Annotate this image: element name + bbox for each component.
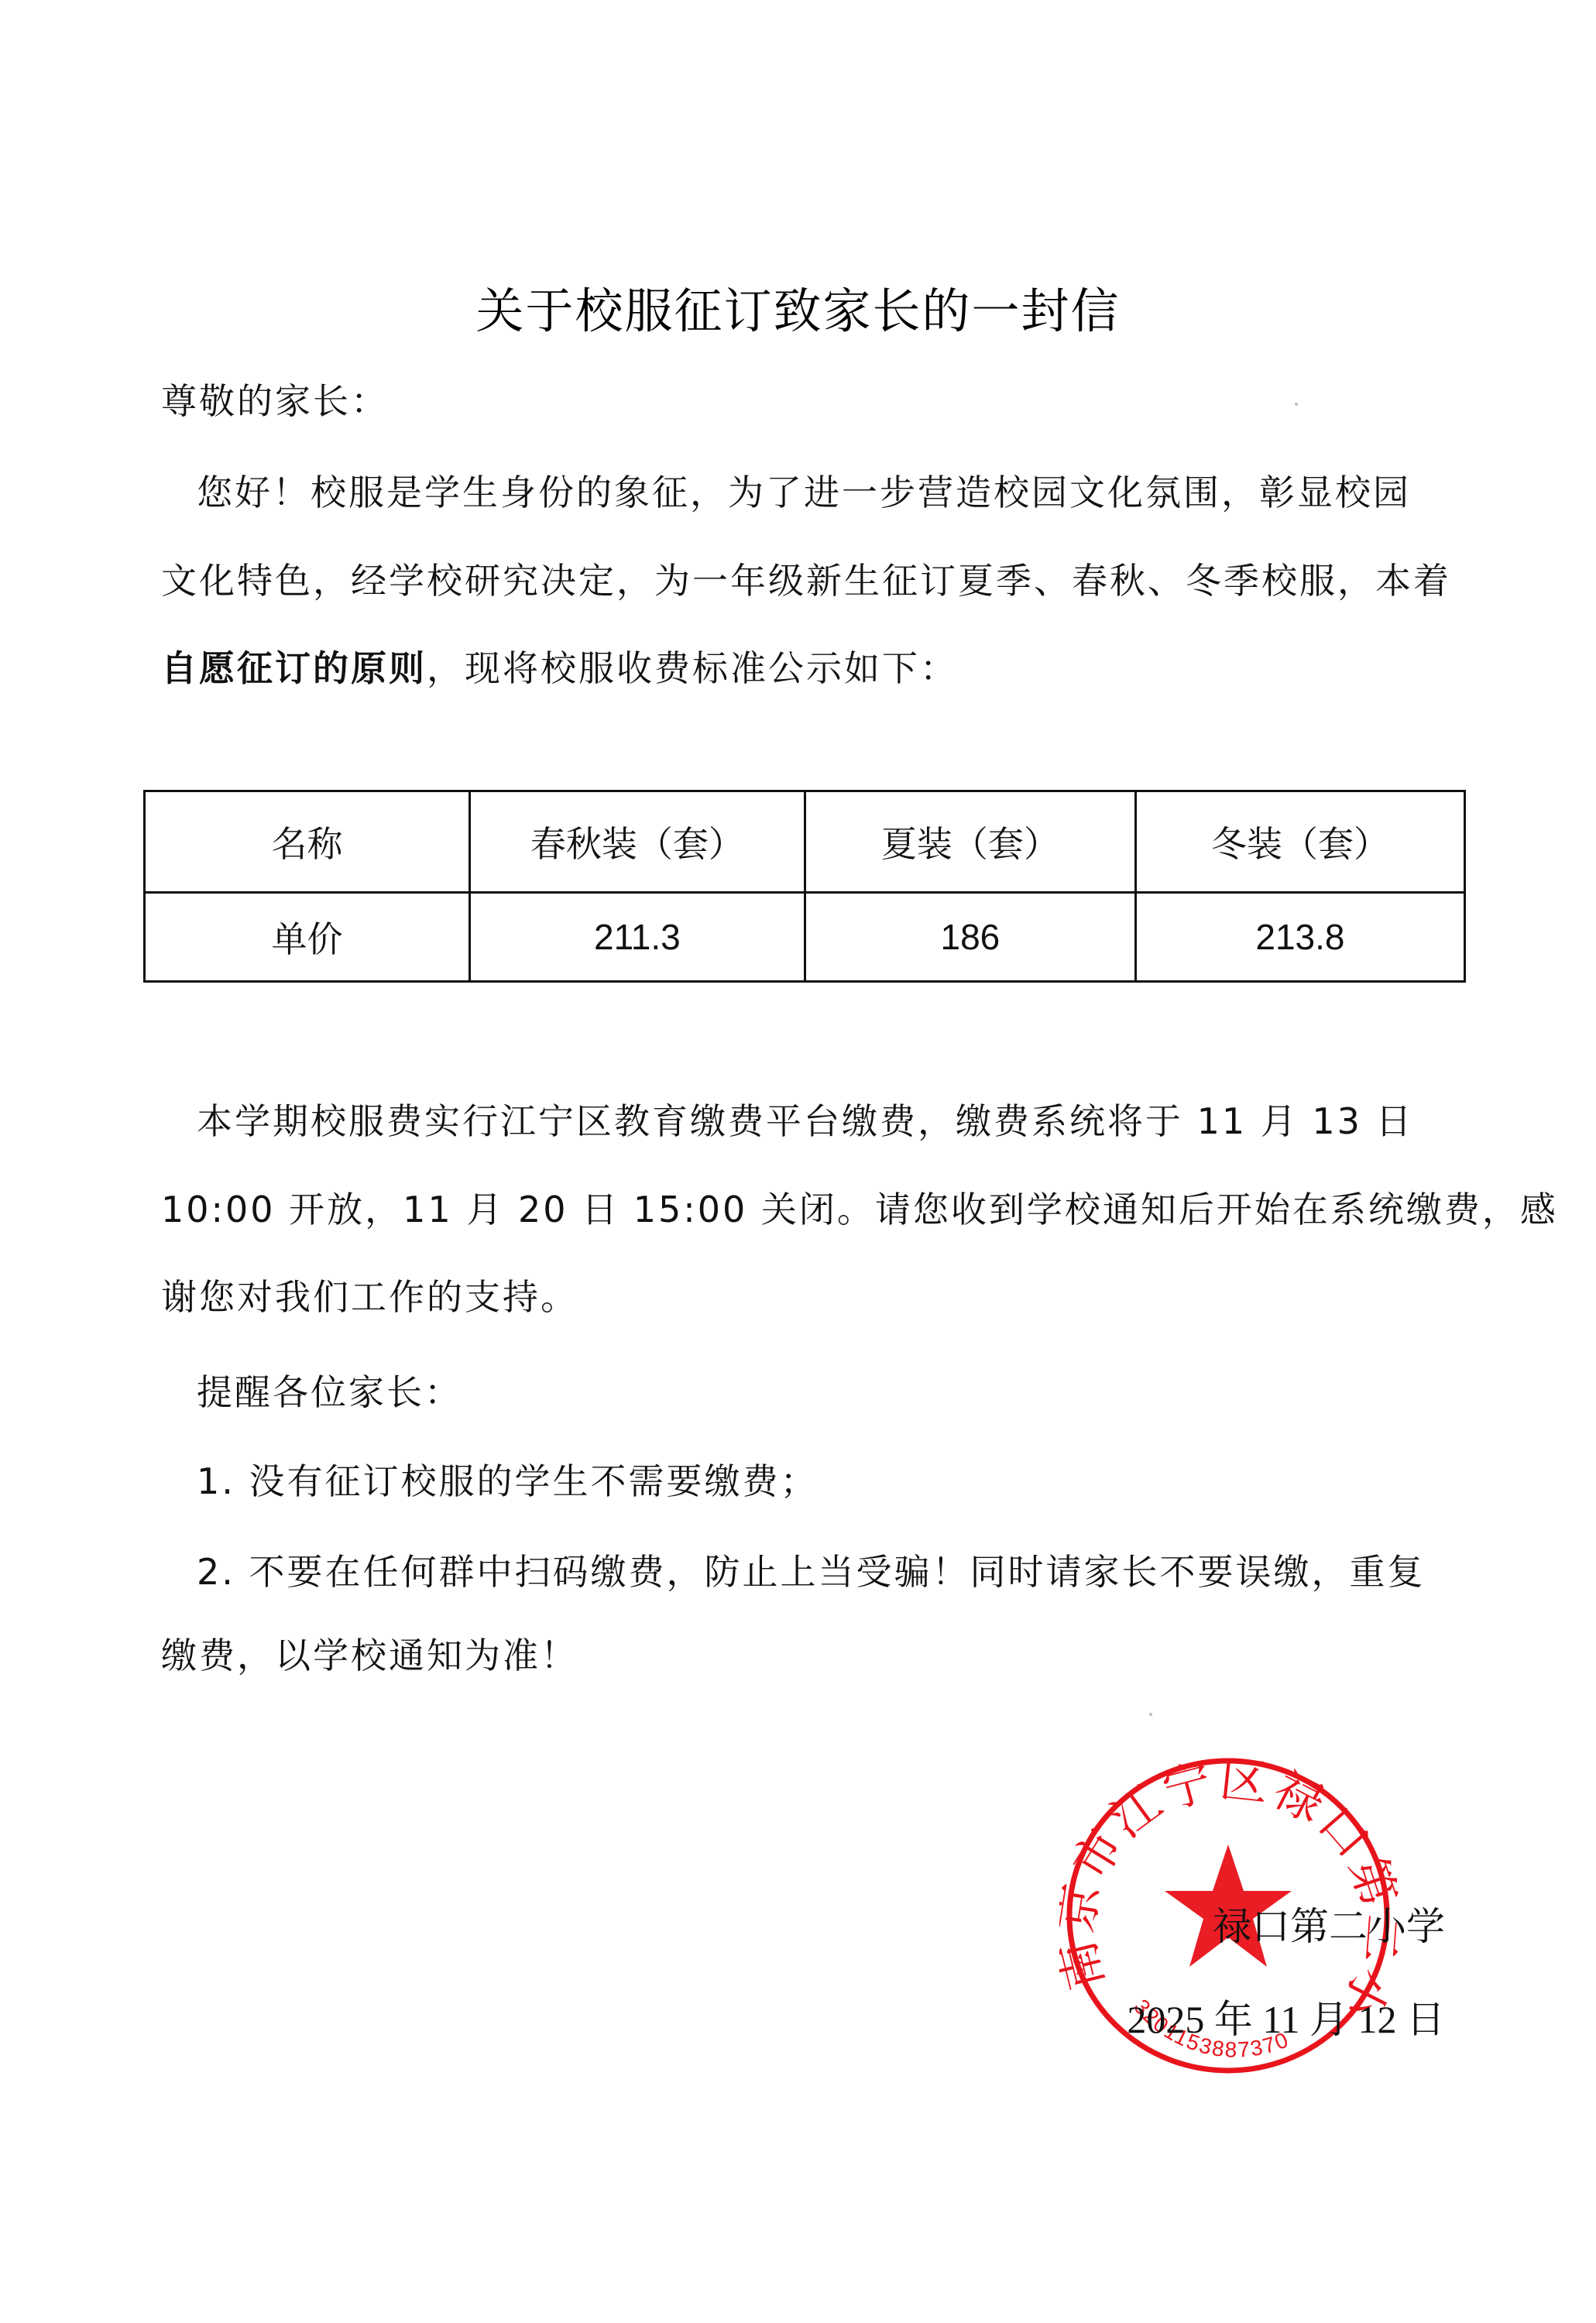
payment-line-3: 谢您对我们工作的支持。 [161, 1269, 578, 1320]
payment-line-2: 10:00 开放，11 月 20 日 15:00 关闭。请您收到学校通知后开始在… [161, 1182, 1558, 1233]
fee-header-winter: 冬装（套） [1135, 791, 1464, 893]
intro-line-3: 自愿征订的原则，现将校服收费标准公示如下： [161, 640, 958, 691]
fee-table: 名称 春秋装（套） 夏装（套） 冬装（套） 单价 211.3 186 213.8 [143, 790, 1466, 983]
reminder-item-2-cont: 缴费，以学校通知为准！ [161, 1628, 578, 1679]
scan-speck [1149, 1713, 1152, 1716]
reminder-item-2: 2. 不要在任何群中扫码缴费，防止上当受骗！同时请家长不要误缴，重复 [197, 1544, 1426, 1595]
reminder-item-1: 1. 没有征订校服的学生不需要缴费； [197, 1453, 819, 1505]
fee-spring-autumn-price: 211.3 [469, 893, 805, 982]
fee-table-row: 单价 211.3 186 213.8 [145, 893, 1465, 982]
fee-header-spring-autumn: 春秋装（套） [469, 791, 805, 893]
fee-summer-price: 186 [805, 893, 1135, 982]
signature-school: 禄口第二小学 [1213, 1896, 1445, 1951]
intro-line-1: 您好！校服是学生身份的象征，为了进一步营造校园文化氛围，彰显校园 [197, 465, 1411, 516]
reminder-heading: 提醒各位家长： [197, 1364, 462, 1415]
fee-table-header-row: 名称 春秋装（套） 夏装（套） 冬装（套） [145, 791, 1465, 893]
document-title: 关于校服征订致家长的一封信 [0, 273, 1596, 341]
fee-row-label: 单价 [145, 893, 470, 982]
scan-speck [1295, 403, 1298, 406]
fee-header-name: 名称 [145, 791, 470, 893]
intro-line-3-rest: ，现将校服收费标准公示如下： [427, 647, 958, 689]
salutation: 尊敬的家长： [161, 373, 389, 424]
fee-header-summer: 夏装（套） [805, 791, 1135, 893]
fee-winter-price: 213.8 [1135, 893, 1464, 982]
signature-date: 2025 年 11 月 12 日 [1127, 1988, 1445, 2044]
payment-line-1: 本学期校服费实行江宁区教育缴费平台缴费，缴费系统将于 11 月 13 日 [197, 1093, 1414, 1144]
intro-bold-phrase: 自愿征订的原则 [161, 647, 427, 689]
intro-line-2: 文化特色，经学校研究决定，为一年级新生征订夏季、春秋、冬季校服，本着 [161, 553, 1451, 604]
